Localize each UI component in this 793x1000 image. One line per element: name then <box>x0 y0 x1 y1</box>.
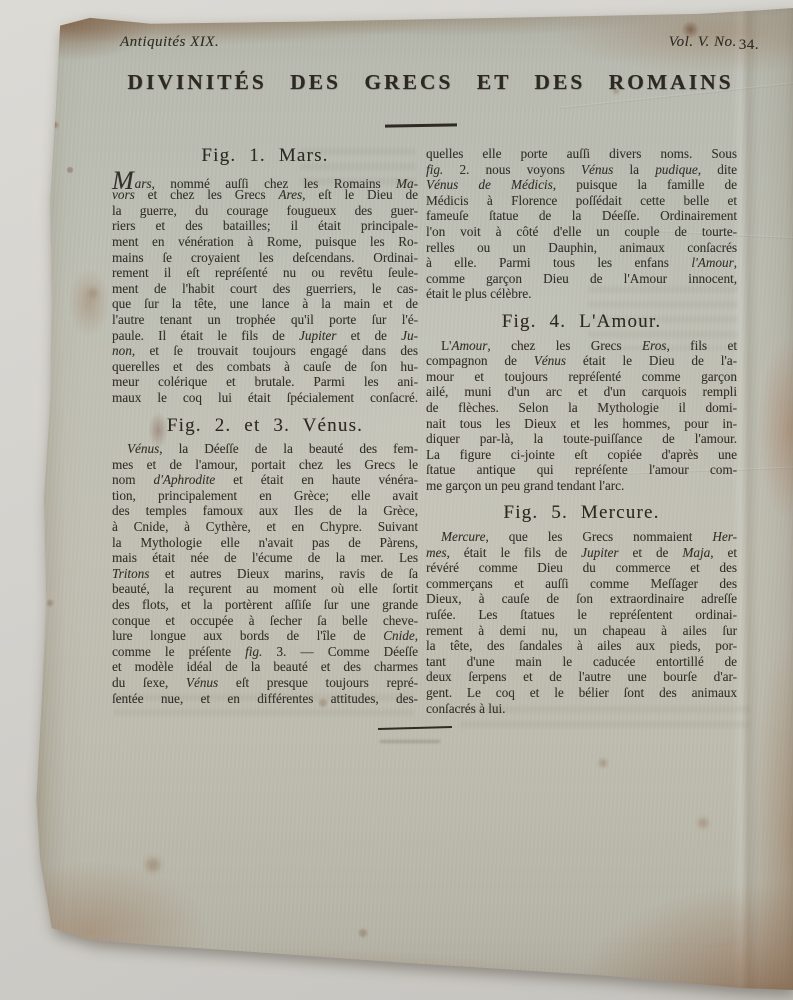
text-line: la tête, des ſandales à ailes aux pieds,… <box>426 638 737 654</box>
text-line: maux le coq lui était ſpécialement conſa… <box>112 390 418 406</box>
figure-heading: Fig. 2. et 3. Vénus. <box>112 418 418 434</box>
text-line: ſentée nue, et en différentes attitudes,… <box>112 691 418 707</box>
document-page: Antiquités XIX. Vol. V. No.34. DIVINITÉS… <box>28 8 793 990</box>
text-line: La figure ci-jointe eſt copiée d'après u… <box>426 447 737 463</box>
text-columns: Fig. 1. Mars.Mars, nommé auſſi chez les … <box>112 146 737 716</box>
text-line: comme le préſente fig. 3. — Comme Déeſſe <box>112 644 418 660</box>
paragraph: L'Amour, chez les Grecs Eros, fils etcom… <box>426 338 737 494</box>
text-line: Mars, nommé auſſi chez les Romains Ma- <box>112 172 418 188</box>
text-line: conſacrés à lui. <box>426 701 737 717</box>
text-line: mains ſe croyaient les deſcendans. Ordin… <box>112 250 418 266</box>
text-line: nait tous les Dieux et les hommes, pour … <box>426 416 737 432</box>
paragraph: quelles elle porte auſſi divers noms. So… <box>426 146 737 302</box>
text-line: ruſée. Les ſtatues le repréſentent ordin… <box>426 607 737 623</box>
right-column: quelles elle porte auſſi divers noms. So… <box>426 146 737 716</box>
text-line: des flots, et la portèrent aſſiſe ſur un… <box>112 597 418 613</box>
printed-content: Antiquités XIX. Vol. V. No.34. DIVINITÉS… <box>28 8 793 990</box>
text-line: compagnon de Vénus était le Dieu de l'a- <box>426 353 737 369</box>
paragraph: Mars, nommé auſſi chez les Romains Ma-vo… <box>112 172 418 406</box>
text-line: la guerre, du courage fougueux des guer- <box>112 203 418 219</box>
text-line: de flèches. Selon la Mythologie il domi- <box>426 400 737 416</box>
text-line: non, et ſe trouvait toujours engagé dans… <box>112 343 418 359</box>
text-line: et modèle idéal de la beauté et des char… <box>112 659 418 675</box>
text-line: l'autre tenant un trophée qu'il porte ſu… <box>112 312 418 328</box>
text-line: fameuſe ſtatue de la Déeſſe. Ordinaireme… <box>426 208 737 224</box>
text-line: tion, principalement en Grèce; elle avai… <box>112 488 418 504</box>
text-line: commerçans et auſſi comme Meſſager des <box>426 576 737 592</box>
scan-background: { "header": { "series_label": "Antiquité… <box>0 0 793 1000</box>
masthead: Antiquités XIX. Vol. V. No.34. <box>120 34 757 51</box>
text-line: que ſur la tête, une lance à la main et … <box>112 296 418 312</box>
text-line: Médicis à Florence poſſédait cette belle… <box>426 193 737 209</box>
text-line: était le plus célèbre. <box>426 286 737 302</box>
text-line: la Mythologie elle n'avait pas de Pàrens… <box>112 535 418 551</box>
text-line: mour et toujours repréſenté comme garçon <box>426 369 737 385</box>
page-title: DIVINITÉS DES GRECS ET DES ROMAINS <box>68 70 793 95</box>
text-line: à elle. Parmi tous les enfans l'Amour, <box>426 255 737 271</box>
series-label: Antiquités XIX. <box>120 34 219 51</box>
text-line: beauté, la reçurent au moment où elle ſo… <box>112 581 418 597</box>
title-divider-rule <box>385 123 457 127</box>
end-divider-smudge <box>380 740 440 743</box>
text-line: comme garçon Dieu de l'Amour innocent, <box>426 271 737 287</box>
text-line: ſtatue antique qui repréſente l'amour co… <box>426 462 737 478</box>
text-line: des temples famoux aux Iles de la Grèce, <box>112 503 418 519</box>
text-line: ailé, muni d'un arc et d'un carquois rem… <box>426 384 737 400</box>
page-shadow-wrapper: Antiquités XIX. Vol. V. No.34. DIVINITÉS… <box>0 0 793 1000</box>
text-line: tant d'une main le caducée entortillé de <box>426 654 737 670</box>
text-line: Vénus de Médicis, puisque la famille de <box>426 177 737 193</box>
text-line: gent. Le coq et le bélier ſont des anima… <box>426 685 737 701</box>
text-line: du ſexe, Vénus eſt presque toujours repr… <box>112 675 418 691</box>
text-line: me garçon un peu grand tendant l'arc. <box>426 478 737 494</box>
text-line: rement il eſt repréſenté nu ou revêtu ſe… <box>112 265 418 281</box>
text-line: lure longue aux bords de l'île de Cnide, <box>112 628 418 644</box>
left-column: Fig. 1. Mars.Mars, nommé auſſi chez les … <box>112 146 418 716</box>
text-line: Vénus, la Déeſſe de la beauté des fem- <box>112 441 418 457</box>
paragraph: Mercure, que les Grecs nommaient Her-mes… <box>426 529 737 716</box>
text-line: querelles et des combats à cauſe de ſon … <box>112 359 418 375</box>
text-line: ment de l'habit court des guerriers, le … <box>112 281 418 297</box>
text-line: conque et occupée à ſecher ſa belle chev… <box>112 613 418 629</box>
text-line: révéré comme Dieu du commerce et des <box>426 560 737 576</box>
end-divider-rule <box>378 726 452 730</box>
text-line: quelles elle porte auſſi divers noms. So… <box>426 146 737 162</box>
text-line: Tritons et autres Dieux marins, ravis de… <box>112 566 418 582</box>
text-line: nom d'Aphrodite et était en haute vénéra… <box>112 472 418 488</box>
text-line: ment en vénération à Rome, puisque les R… <box>112 234 418 250</box>
text-line: à Cnide, à Cythère, et en Chypre. Suivan… <box>112 519 418 535</box>
paragraph: Vénus, la Déeſſe de la beauté des fem-me… <box>112 441 418 706</box>
drop-initial: M <box>112 173 134 189</box>
text-line: deux ſerpens et de l'autre une bourſe d'… <box>426 669 737 685</box>
figure-heading: Fig. 5. Mercure. <box>426 505 737 521</box>
text-line: L'Amour, chez les Grecs Eros, fils et <box>426 338 737 354</box>
figure-heading: Fig. 1. Mars. <box>112 148 418 164</box>
text-line: riers et des batailles; il était princip… <box>112 218 418 234</box>
text-line: paule. Il était le fils de Jupiter et de… <box>112 328 418 344</box>
text-line: Mercure, que les Grecs nommaient Her- <box>426 529 737 545</box>
text-line: mes, était le fils de Jupiter et de Maja… <box>426 545 737 561</box>
text-line: l'on voit à côté d'elle un couple de tou… <box>426 224 737 240</box>
figure-heading: Fig. 4. L'Amour. <box>426 314 737 330</box>
text-line: diquer par-là, la toute-puiſſance de l'a… <box>426 431 737 447</box>
text-line: vors et chez les Grecs Ares, eſt le Dieu… <box>112 187 418 203</box>
text-line: fig. 2. nous voyons Vénus la pudique, di… <box>426 162 737 178</box>
text-line: relles ou un Dauphin, animaux conſacrés <box>426 240 737 256</box>
text-line: mais était née de l'écume de la mer. Les <box>112 550 418 566</box>
text-line: Dieux, à cauſe de ſon extraordinaire adr… <box>426 591 737 607</box>
text-line: rement à demi nu, un chapeau à ailes ſur <box>426 623 737 639</box>
volume-label: Vol. V. No.34. <box>669 34 757 51</box>
text-line: mes et de l'amour, portait chez les Grec… <box>112 457 418 473</box>
issue-number: 34. <box>739 37 759 53</box>
text-line: meur colérique et brutale. Parmi les ani… <box>112 374 418 390</box>
